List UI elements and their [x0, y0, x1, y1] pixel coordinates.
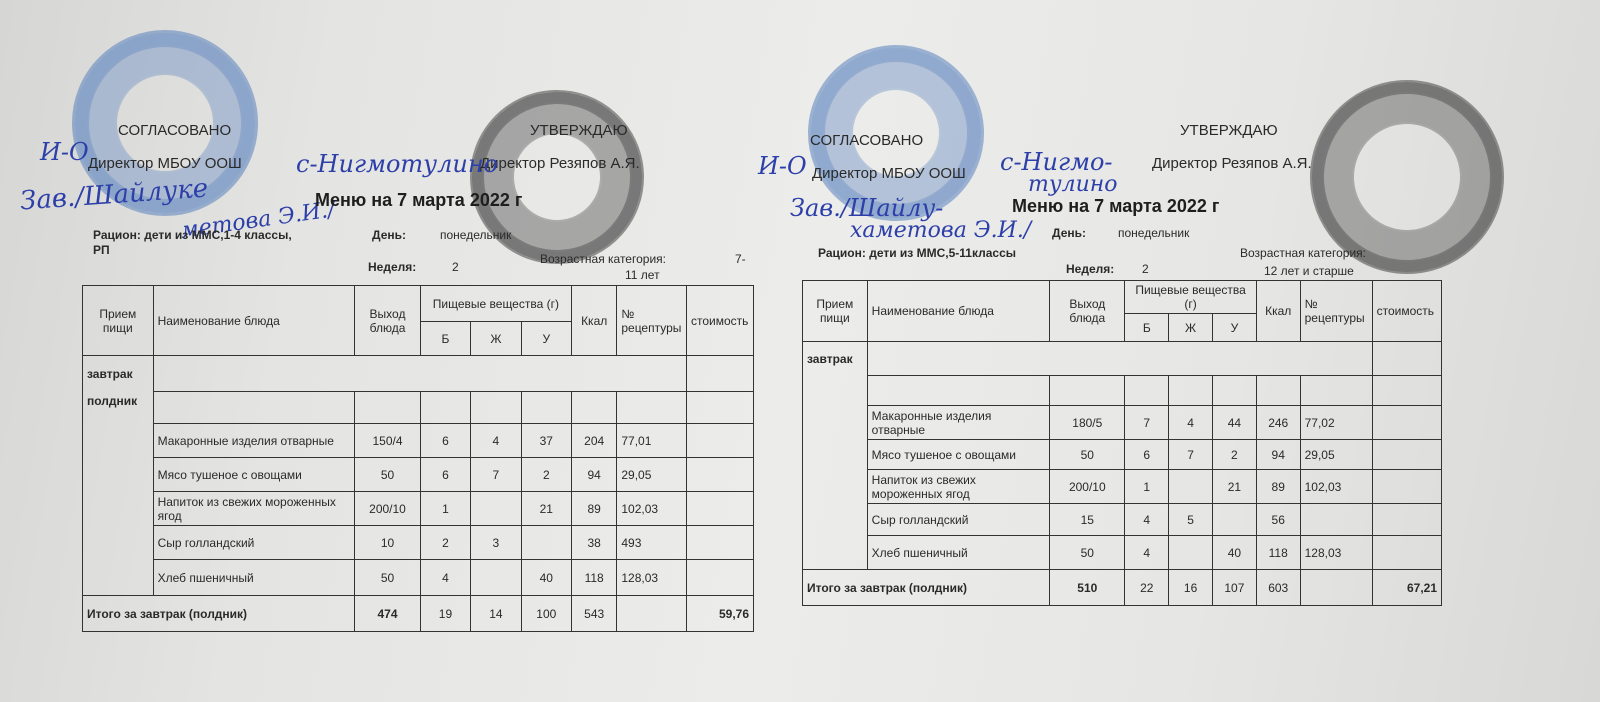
menu-title: Меню на 7 марта 2022 г [1012, 196, 1219, 217]
cell-u: 2 [521, 458, 571, 492]
header-carbs: У [1212, 314, 1256, 342]
cell-yield: 15 [1050, 504, 1125, 536]
total-cost: 59,76 [686, 596, 753, 632]
cell-zh: 5 [1169, 504, 1213, 536]
week-value: 2 [1142, 262, 1149, 276]
cell-dish: Хлеб пшеничный [153, 560, 355, 596]
total-kcal: 543 [571, 596, 616, 632]
cell-dish: Напиток из свежих мороженных ягод [867, 470, 1050, 504]
header-cost: стоимость [686, 286, 753, 356]
cell-b: 4 [1125, 504, 1169, 536]
header-recipe: № рецептуры [1300, 281, 1372, 342]
header-nutrients: Пищевые вещества (г) [420, 286, 571, 322]
cell-u [521, 526, 571, 560]
approval-right-line: Директор Резяпов А.Я. [480, 155, 640, 172]
cell-dish: Сыр голландский [867, 504, 1050, 536]
table-row: Напиток из свежих мороженных ягод200/101… [83, 492, 754, 526]
cell-b: 4 [420, 560, 470, 596]
cell-zh [1169, 536, 1213, 570]
cell-b: 1 [420, 492, 470, 526]
cell-cost [1372, 440, 1441, 470]
header-dish: Наименование блюда [153, 286, 355, 356]
cell-b: 6 [420, 424, 470, 458]
cell-zh: 7 [1169, 440, 1213, 470]
cell-yield: 50 [355, 560, 421, 596]
day-value: понедельник [440, 228, 511, 242]
approval-right-heading: УТВЕРЖДАЮ [1180, 122, 1278, 139]
cell-zh: 4 [1169, 406, 1213, 440]
cell-u: 44 [1212, 406, 1256, 440]
cell-b: 6 [420, 458, 470, 492]
table-row: Мясо тушеное с овощами506729429,05 [803, 440, 1442, 470]
handwriting-name: хаметова Э.И./ [850, 218, 1031, 243]
age-label: Возрастная категория: [540, 252, 666, 266]
cell-cost [686, 526, 753, 560]
cell-cost [686, 492, 753, 526]
cell-b: 6 [1125, 440, 1169, 470]
total-cost: 67,21 [1372, 570, 1441, 606]
cell-zh [1169, 470, 1213, 504]
header-meal: Прием пищи [83, 286, 154, 356]
ration-value-2: РП [93, 243, 110, 257]
total-recipe [617, 596, 687, 632]
total-b: 19 [420, 596, 470, 632]
handwriting-io: И-О [40, 138, 89, 166]
cell-kcal: 56 [1256, 504, 1300, 536]
total-yield: 510 [1050, 570, 1125, 606]
table-row: Напиток из свежих мороженных ягод200/101… [803, 470, 1442, 504]
cell-kcal: 38 [571, 526, 616, 560]
cell-recipe: 102,03 [1300, 470, 1372, 504]
cell-kcal: 118 [1256, 536, 1300, 570]
cell-dish: Хлеб пшеничный [867, 536, 1050, 570]
week-value: 2 [452, 260, 459, 274]
cell-u: 2 [1212, 440, 1256, 470]
day-value: понедельник [1118, 226, 1189, 240]
cell-recipe: 493 [617, 526, 687, 560]
approval-left-line: Директор МБОУ ООШ [812, 165, 966, 182]
total-u: 107 [1212, 570, 1256, 606]
cell-recipe: 128,03 [617, 560, 687, 596]
header-carbs: У [521, 322, 571, 356]
total-kcal: 603 [1256, 570, 1300, 606]
table-row: Сыр голландский154556 [803, 504, 1442, 536]
cell-b: 1 [1125, 470, 1169, 504]
age-label: Возрастная категория: [1240, 246, 1366, 260]
cell-kcal: 118 [571, 560, 616, 596]
cell-recipe: 77,02 [1300, 406, 1372, 440]
total-row: Итого за завтрак (полдник)51022161076036… [803, 570, 1442, 606]
cell-b: 7 [1125, 406, 1169, 440]
cell-yield: 200/10 [1050, 470, 1125, 504]
table-row: Сыр голландский102338493 [83, 526, 754, 560]
handwriting-io: И-О [758, 152, 807, 180]
day-label: День: [372, 228, 406, 242]
approval-right-heading: УТВЕРЖДАЮ [530, 122, 628, 139]
header-fat: Ж [471, 322, 521, 356]
table-row: Мясо тушеное с овощами506729429,05 [83, 458, 754, 492]
handwriting-signature: Зав./Шайлуке [19, 173, 209, 216]
cell-cost [1372, 504, 1441, 536]
cell-yield: 180/5 [1050, 406, 1125, 440]
week-label: Неделя: [368, 260, 416, 274]
cell-kcal: 89 [1256, 470, 1300, 504]
header-dish: Наименование блюда [867, 281, 1050, 342]
menu-sheet-grades-5-11: СОГЛАСОВАНО Директор МБОУ ООШ УТВЕРЖДАЮ … [790, 0, 1600, 702]
cell-dish: Макаронные изделия отварные [153, 424, 355, 458]
cell-kcal: 94 [1256, 440, 1300, 470]
cell-yield: 50 [1050, 536, 1125, 570]
header-kcal: Ккал [571, 286, 616, 356]
cell-yield: 50 [355, 458, 421, 492]
cell-zh: 3 [471, 526, 521, 560]
cell-kcal: 89 [571, 492, 616, 526]
approval-left-heading: СОГЛАСОВАНО [810, 132, 923, 149]
total-recipe [1300, 570, 1372, 606]
total-zh: 14 [471, 596, 521, 632]
cell-cost [1372, 470, 1441, 504]
cell-recipe: 29,05 [1300, 440, 1372, 470]
menu-table: Прием пищи Наименование блюда Выход блюд… [802, 280, 1442, 606]
cell-u: 37 [521, 424, 571, 458]
age-value-2: 11 лет [625, 268, 660, 282]
handwriting-village: с-Нигмотулино [296, 150, 498, 178]
header-cost: стоимость [1372, 281, 1441, 342]
header-fat: Ж [1169, 314, 1213, 342]
cell-kcal: 246 [1256, 406, 1300, 440]
cell-yield: 150/4 [355, 424, 421, 458]
meal-breakfast: завтрак [83, 356, 154, 392]
ration-label: Рацион: дети из ММС,1-4 классы, [93, 228, 292, 242]
cell-b: 2 [420, 526, 470, 560]
table-row: Макаронные изделия отварные180/574442467… [803, 406, 1442, 440]
header-yield: Выход блюда [1050, 281, 1125, 342]
cell-cost [686, 424, 753, 458]
day-label: День: [1052, 226, 1086, 240]
cell-recipe: 102,03 [617, 492, 687, 526]
cell-cost [1372, 406, 1441, 440]
cell-zh [471, 492, 521, 526]
total-b: 22 [1125, 570, 1169, 606]
header-yield: Выход блюда [355, 286, 421, 356]
cell-dish: Макаронные изделия отварные [867, 406, 1050, 440]
cell-zh [471, 560, 521, 596]
cell-cost [686, 458, 753, 492]
meal-breakfast: завтрак [803, 342, 868, 376]
cell-u: 40 [1212, 536, 1256, 570]
age-value-1: 7- [735, 252, 746, 266]
week-label: Неделя: [1066, 262, 1114, 276]
cell-recipe: 128,03 [1300, 536, 1372, 570]
header-protein: Б [1125, 314, 1169, 342]
menu-table: Прием пищи Наименование блюда Выход блюд… [82, 285, 754, 632]
cell-dish: Мясо тушеное с овощами [153, 458, 355, 492]
cell-yield: 200/10 [355, 492, 421, 526]
cell-recipe: 77,01 [617, 424, 687, 458]
cell-kcal: 204 [571, 424, 616, 458]
cell-dish: Мясо тушеное с овощами [867, 440, 1050, 470]
cell-b: 4 [1125, 536, 1169, 570]
header-meal: Прием пищи [803, 281, 868, 342]
cell-u: 21 [1212, 470, 1256, 504]
table-row: Макаронные изделия отварные150/464372047… [83, 424, 754, 458]
age-value: 12 лет и старше [1264, 264, 1354, 278]
director-stamp [1288, 58, 1526, 296]
approval-right-line: Директор Резяпов А.Я. [1152, 155, 1312, 172]
cell-dish: Напиток из свежих мороженных ягод [153, 492, 355, 526]
ration-label: Рацион: дети из ММС,5-11классы [818, 246, 1016, 260]
menu-sheet-grades-1-4: СОГЛАСОВАНО Директор МБОУ ООШ УТВЕРЖДАЮ … [0, 0, 780, 702]
total-u: 100 [521, 596, 571, 632]
total-yield: 474 [355, 596, 421, 632]
cell-cost [686, 560, 753, 596]
table-row: Хлеб пшеничный50440118128,03 [83, 560, 754, 596]
total-label: Итого за завтрак (полдник) [803, 570, 1050, 606]
total-row: Итого за завтрак (полдник)47419141005435… [83, 596, 754, 632]
cell-yield: 10 [355, 526, 421, 560]
cell-u: 21 [521, 492, 571, 526]
cell-zh: 4 [471, 424, 521, 458]
cell-u: 40 [521, 560, 571, 596]
table-row: Хлеб пшеничный50440118128,03 [803, 536, 1442, 570]
cell-yield: 50 [1050, 440, 1125, 470]
header-nutrients: Пищевые вещества (г) [1125, 281, 1256, 314]
meal-snack: полдник [83, 392, 154, 424]
cell-kcal: 94 [571, 458, 616, 492]
total-zh: 16 [1169, 570, 1213, 606]
menu-title: Меню на 7 марта 2022 г [315, 190, 522, 211]
cell-dish: Сыр голландский [153, 526, 355, 560]
approval-left-line: Директор МБОУ ООШ [88, 155, 242, 172]
header-recipe: № рецептуры [617, 286, 687, 356]
header-kcal: Ккал [1256, 281, 1300, 342]
header-protein: Б [420, 322, 470, 356]
total-label: Итого за завтрак (полдник) [83, 596, 355, 632]
cell-cost [1372, 536, 1441, 570]
cell-zh: 7 [471, 458, 521, 492]
approval-left-heading: СОГЛАСОВАНО [118, 122, 231, 139]
cell-recipe: 29,05 [617, 458, 687, 492]
cell-u [1212, 504, 1256, 536]
handwriting-village-2: тулино [1028, 172, 1118, 197]
cell-recipe [1300, 504, 1372, 536]
